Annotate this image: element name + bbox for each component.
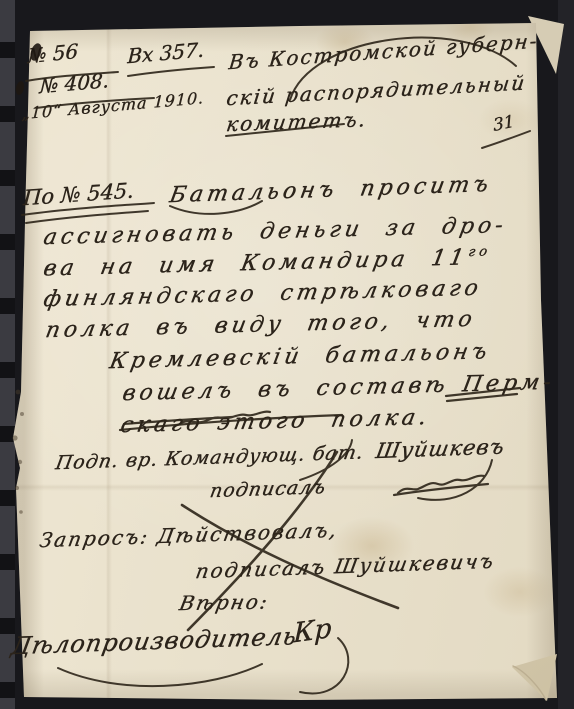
photo-stage: № 56 № 408. Вх 357. „10“ Августа 1910. В…: [0, 0, 574, 709]
struck-text: скаго: [118, 411, 206, 438]
verified-label: Вѣрно:: [177, 589, 271, 615]
struck-text: Перм-: [460, 370, 557, 398]
signed-by-line: подписалъ: [208, 476, 328, 502]
ordinal-superscript: го: [467, 244, 492, 260]
commander-signature: Шуйшкевъ: [374, 434, 507, 463]
right-edge-band: [558, 0, 574, 709]
addressee-line-3: комитетъ.: [225, 107, 369, 136]
film-strip-edge: [0, 0, 15, 709]
clerk-signature: Кр: [293, 613, 332, 650]
